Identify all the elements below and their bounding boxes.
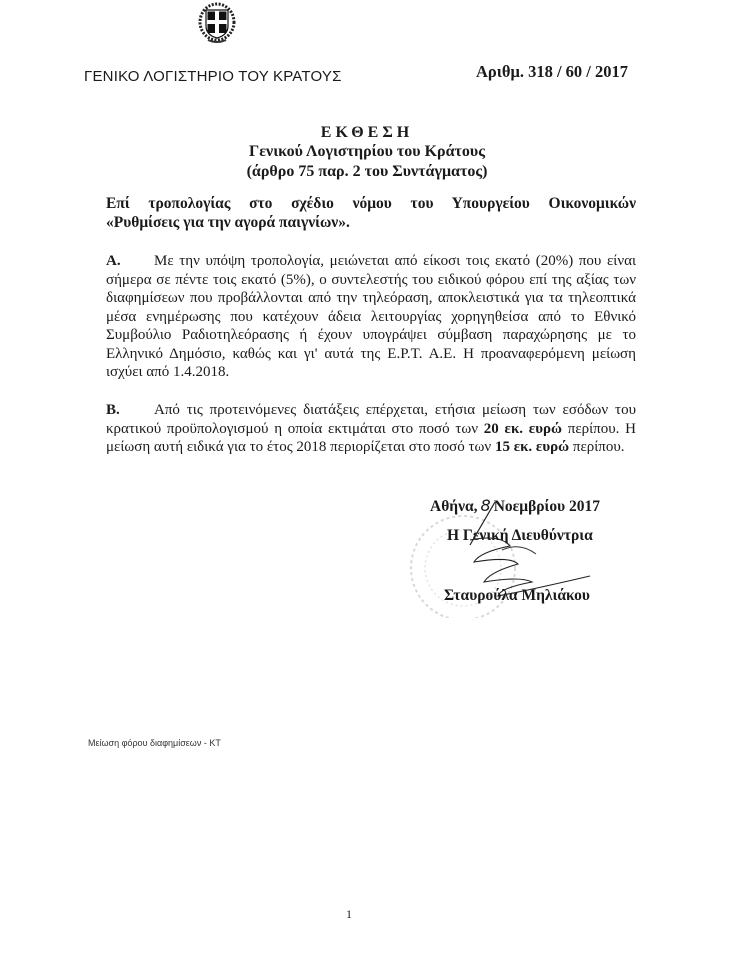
section-b-label: Β.	[106, 401, 154, 420]
document-legal-basis: (άρθρο 75 παρ. 2 του Συντάγματος)	[0, 163, 734, 181]
subject: Επί τροπολογίας στο σχέδιο νόμου του Υπο…	[106, 194, 636, 232]
document-subtitle: Γενικού Λογιστηρίου του Κράτους	[0, 143, 734, 161]
section-a: Α.Με την υπόψη τροπολογία, μειώνεται από…	[106, 252, 636, 382]
section-b: Β.Από τις προτεινόμενες διατάξεις επέρχε…	[106, 401, 636, 457]
organization-name: ΓΕΝΙΚΟ ΛΟΓΙΣΤΗΡΙΟ ΤΟΥ ΚΡΑΤΟΥΣ	[84, 68, 342, 85]
section-b-text-3: περίπου.	[569, 439, 624, 455]
page-number: 1	[346, 907, 352, 922]
subject-line-1: Επί τροπολογίας στο σχέδιο νόμου του Υπο…	[106, 194, 636, 213]
document-title: ΕΚΘΕΣΗ	[0, 124, 734, 142]
handwritten-signature-icon	[440, 490, 610, 610]
subject-line-2: «Ρυθμίσεις για την αγορά παιγνίων».	[106, 214, 350, 231]
section-a-text: Με την υπόψη τροπολογία, μειώνεται από ε…	[106, 253, 636, 380]
footer-note: Μείωση φόρου διαφημίσεων - ΚΤ	[88, 738, 221, 748]
section-b-amount-2018: 15 εκ. ευρώ	[495, 439, 569, 455]
section-a-label: Α.	[106, 252, 154, 271]
reference-number: Αριθμ. 318 / 60 / 2017	[476, 62, 628, 82]
section-b-amount-annual: 20 εκ. ευρώ	[484, 421, 562, 437]
greek-coat-of-arms-icon	[196, 2, 238, 44]
